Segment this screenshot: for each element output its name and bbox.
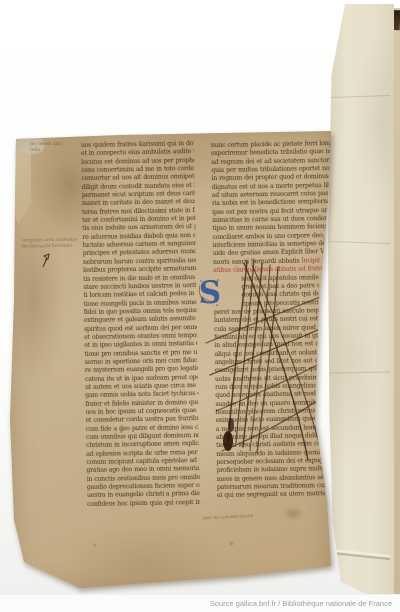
text-line: christum in incorruptione amen explicit … — [86, 440, 199, 450]
parchment-crease — [330, 95, 390, 98]
text-line: et in conspectu eius ambulatis audite ue… — [81, 148, 194, 158]
text-line: ti loricam iustitiae et calciati pedes i… — [83, 290, 196, 300]
text-line: ab homine accepi illud neque didici sed … — [216, 432, 336, 442]
text-line: ad ephesios scripta de urbe roma per tyc… — [86, 449, 199, 459]
text-line: angelium christi sed licet nos aut angel… — [215, 357, 335, 367]
text-line: a me quia non est secundum hominem neque… — [216, 424, 336, 434]
text-line: lestibus propterea accipite armaturam de… — [83, 265, 196, 275]
text-line: euangelizet uobis praeterquam quod euang… — [215, 365, 335, 375]
text-line: re mysterium euangelii pro quo legatione… — [85, 365, 198, 375]
initial-letter-glyph: S — [199, 275, 221, 310]
text-line: et in ipso uigilantes in omni instantia … — [84, 340, 197, 350]
text-line: dignatus est ut nos a morte perpetua lib… — [212, 182, 332, 192]
text-line: gratia et pax a deo patre nostro et — [226, 282, 318, 292]
text-line: spiritus quod est uerbum dei per omnem o… — [84, 324, 197, 334]
pen-trial-mark — [40, 252, 52, 268]
text-line: ferimini ab eo qui uos uocauit in gratia… — [214, 332, 334, 342]
foxing-spot — [258, 460, 260, 462]
text-line: meam aliquando in iudaismo quoniam supra… — [216, 449, 336, 459]
text-line: cens conuertimini ad me in toto corde ue… — [81, 165, 194, 175]
text-line: icut dicit apostolus omnibus uobis — [226, 274, 318, 284]
text-line: tipsum pro peccatis nostris ut eri — [227, 299, 319, 309]
rubric-red-line: atibus clareuallensis abbatis ad fratres… — [213, 265, 333, 275]
text-beside-initial: icut dicit apostolus omnibus uobisgratia… — [226, 274, 319, 309]
text-line: terea fratres mei dilectissimi state in … — [82, 207, 195, 217]
turned-corner-fold — [14, 136, 31, 224]
text-line: frater et fidelis minister in domino que… — [85, 399, 198, 409]
text-line: ad regnum dei et ad societatem sanctorum… — [211, 157, 331, 167]
text-line: re aduersus insidias diaboli quia non es… — [82, 232, 195, 242]
text-line: tione pro omnibus sanctis et pro me ut d… — [84, 349, 197, 359]
ink-crossout-strokes — [200, 255, 348, 475]
text-line: stare succincti lumbos uestros in uerita… — [83, 282, 196, 292]
text-line: uobis anathema sit sicut praediximus et … — [215, 374, 335, 384]
text-line: peret nos de praesenti saeculo nequam se… — [214, 307, 334, 317]
text-column-right: nunc certum placide ac pietate ferri lon… — [211, 140, 337, 501]
text-line: ad uitam aeternam reuocaret cuius passio… — [212, 190, 332, 200]
text-line: nunc certum placide ac pietate ferri lon… — [211, 140, 331, 150]
corner-damage-patch — [16, 136, 44, 154]
text-line: ei qui me segregauit ex utero matris mea… — [217, 490, 337, 500]
text-line: uide deo gratias amen Explicit liber VII… — [213, 248, 333, 258]
text-line: cula saeculorum amen miror quod sic tam … — [214, 324, 334, 334]
text-line: tis eius induite uos armaturam dei ut po… — [82, 223, 195, 233]
attribution-text: Source gallica.bnf.fr / Bibliothèque nat… — [210, 595, 392, 612]
text-line: permanet sicut scriptum est deus caritas… — [82, 190, 195, 200]
text-line: conciliaret ambos in uno corpore deo per… — [212, 232, 332, 242]
right-column-part2: peret nos de praesenti saeculo nequam se… — [214, 307, 337, 501]
text-line: conum incipiunt capitula epistolae ad ph… — [86, 457, 199, 467]
rubric-incipit-line: moris sancti bernardi abbatis Incipit li… — [213, 257, 333, 267]
foxing-spot — [120, 430, 123, 433]
parchment-crease — [330, 371, 390, 373]
text-line: sermo in apertione oris mei cum fiducia … — [85, 357, 198, 367]
text-line: uos quidem fratres karissimi qui in domo… — [81, 140, 194, 150]
text-column-left: uos quidem fratres karissimi qui in domo… — [81, 140, 200, 509]
margin-note-top: hic deest unu foliu — [30, 142, 66, 153]
foxing-spot — [230, 542, 233, 545]
text-line: cum omnibus qui diligunt dominum nostrum… — [86, 432, 199, 442]
text-line: tipso in unum nouum hominem faciens pace… — [212, 223, 332, 233]
text-line: manet in caritate in deo manet et deus i… — [82, 198, 195, 208]
text-line: nebrarum harum contra spiritualia nequit… — [83, 257, 196, 267]
text-line: et consoletur corda uestra pax fratribus… — [86, 415, 199, 425]
text-line: in regnum dei propter quod et dominus no… — [211, 173, 331, 183]
text-line: paternarum mearum traditionum cum autem … — [217, 482, 337, 492]
text-line: uestra in euangelio christi a prima die … — [87, 490, 200, 500]
text-line: tis resistere in die malo et in omnibus … — [83, 274, 196, 284]
text-line: cum fide a deo patre et domino iesu chri… — [86, 424, 199, 434]
text-line: principes et potestates aduersus mundi r… — [83, 248, 196, 258]
text-line: catena ita ut in ipso audeam prout oport… — [85, 374, 198, 384]
text-line: quia per multas tribulationes oportet no… — [211, 165, 331, 175]
text-line: diligit deum custodit mandata eius et in… — [82, 182, 195, 192]
margin-note-bottom: liber de consideratione — [202, 514, 258, 523]
text-line: in aliud euangelium quod non est aliud n… — [214, 340, 334, 350]
ink-blot — [223, 431, 233, 451]
ink-smudge — [282, 506, 304, 521]
text-line: luctatio aduersus carnem et sanguinem se… — [83, 240, 196, 250]
vertical-margin-note: de consideratione libri — [320, 420, 325, 518]
text-line: aliqui qui uos conturbant et uolunt conu… — [215, 349, 335, 359]
next-folio-edge — [326, 4, 394, 594]
attribution-bar: Source gallica.bnf.fr / Bibliothèque nat… — [0, 594, 400, 612]
text-line: extinguere et galeam salutis assumite et… — [84, 315, 197, 325]
text-line: rum dico si quis uobis euangelizauerit p… — [215, 382, 335, 392]
text-line: ipse est pax nostra qui fecit utraque un… — [212, 207, 332, 217]
text-line: persequebar ecclesiam dei et expugnabam … — [216, 457, 336, 467]
text-line: gam omnia uobis nota faciet tychicus car… — [85, 390, 198, 400]
text-line: ut autem et uos sciatis quae circa me su… — [85, 382, 198, 392]
manuscript-scan-viewer: hic deest unu foliu incipiunt uera reuel… — [0, 0, 400, 612]
text-line: ter et confortamini in domino et in pote… — [82, 215, 195, 225]
parchment-crease — [330, 241, 390, 244]
text-line: fidei in quo possitis omnia tela nequiss… — [84, 307, 197, 317]
text-line: interficiens inimicitias in semetipso de… — [213, 240, 333, 250]
text-line: tionem iesu christi audistis enim conuer… — [216, 440, 336, 450]
text-line: proficiebam in iudaismo supra multos coa… — [217, 465, 337, 475]
rubric-prefix: moris sancti bernardi abbatis — [213, 257, 300, 266]
text-line: confidens hoc ipsum quia qui coepit in u… — [87, 499, 200, 509]
text-line: locutus est dominus ad uos per prophetam… — [81, 157, 194, 167]
text-line: ria nobis est in benedictione sempiterna… — [212, 198, 332, 208]
decorated-initial-S: S — [197, 275, 224, 310]
text-line: uos in hoc ipsum ut cognoscatis quae cir… — [85, 407, 198, 417]
right-column-part1: nunc certum placide ac pietate ferri lon… — [211, 140, 333, 259]
vertical-margin-note: liber sancti — [322, 235, 327, 297]
foxing-spot — [158, 210, 161, 212]
foxing-spot — [300, 392, 302, 395]
text-line: tione euangelii pacis in omnibus sumente… — [84, 299, 197, 309]
text-line: suadeo an deo an quaero hominibus placer… — [215, 399, 335, 409]
text-line: in cunctis orationibus meis pro omnibus … — [87, 474, 200, 484]
text-line: experiremur benedicta tribulatio quae no… — [211, 148, 331, 158]
text-line: domino iesu christo qui dedit seme — [226, 290, 318, 300]
text-line: et obsecrationem orantes omni tempore in… — [84, 332, 197, 342]
text-line: luntatem dei et patris nostri cui est gl… — [214, 315, 334, 325]
text-line: conuertar ad uos ait dominus omnipotens … — [81, 173, 194, 183]
text-line: hominibus placerem christi seruus non es… — [216, 407, 336, 417]
text-line: enim uobis facio euangelium quod euangel… — [216, 415, 336, 425]
manuscript-page: hic deest unu foliu incipiunt uera reuel… — [8, 130, 335, 592]
foxing-spot — [94, 544, 96, 546]
text-line: quod accepistis anathema sit modo enim h… — [215, 390, 335, 400]
margin-note-mid: incipiunt uera reuelatio bri bernardi he… — [22, 237, 82, 249]
text-line: inimicitias in carne sua ut duos condere… — [212, 215, 332, 225]
text-line: gratias ago deo meo in omni memoria uest… — [86, 465, 199, 475]
text-line: meos in genere meo abundantius aemulator… — [217, 474, 337, 484]
text-line: gaudio deprecationem faciens super commu… — [87, 482, 200, 492]
